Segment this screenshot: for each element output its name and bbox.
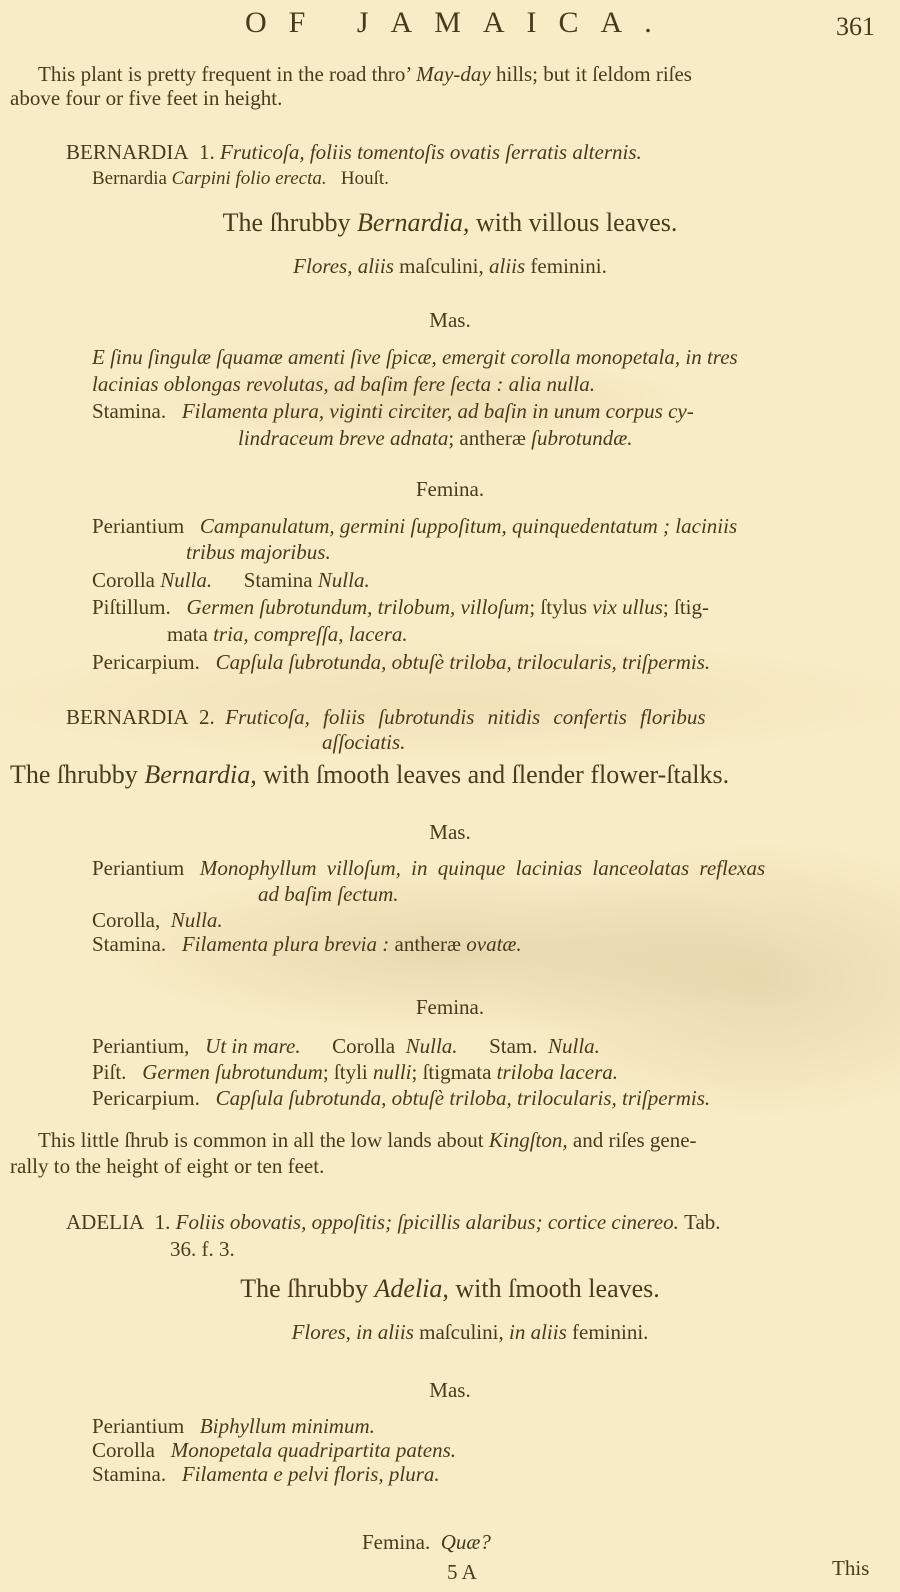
text: with ſmooth leaves and ſlender flower-ſt… [257,760,729,789]
text: and riſes gene- [568,1128,697,1152]
label: Stam. [489,1034,537,1058]
bernardia1-mas-heading: Mas. [0,308,900,333]
text: Bernardia [92,168,172,189]
label: Stamina [244,568,313,592]
label: Piſtillum. [92,595,171,619]
bernardia1-stamina-cont: lindraceum breve adnata; antheræ ſubrotu… [238,426,632,451]
adelia1-stamina: Stamina. Filamenta e pelvi floris, plura… [92,1462,440,1487]
bernardia1-flores: Flores, aliis maſculini, aliis feminini. [0,254,900,279]
label: Stamina. [92,1462,166,1486]
bernardia2-pericarpium: Pericarpium. Capſula ſubrotunda, obtuſè … [92,1086,710,1111]
text: tria, compreſſa, lacera. [213,622,408,646]
bernardia2-entry: BERNARDIA 2. Fruticoſa, foliis ſubrotund… [66,705,706,730]
label: Corolla [332,1034,395,1058]
text: Bernardia, [357,208,469,237]
bernardia1-entry: BERNARDIA 1. Fruticoſa, foliis tomentoſi… [66,140,642,165]
bernardia1-perianthium-cont: tribus majoribus. [186,540,331,565]
text: Filamenta plura brevia : [182,932,389,956]
text: Bernardia, [144,760,256,789]
adelia1-flores: Flores, in aliis maſculini, in aliis fem… [20,1320,900,1345]
bernardia2-note-line-1: This little ſhrub is common in all the l… [38,1128,697,1153]
value: Filamenta plura, viginti circiter, ad ba… [182,399,694,423]
plate-ref: Tab. [684,1210,720,1234]
catchword: This [832,1556,869,1581]
species-number: 1. [155,1210,171,1234]
text: The ſhrubby [10,760,144,789]
bernardia1-mas-line-1: E ſinu ſingulæ ſquamæ amenti ſive ſpicæ,… [92,345,738,370]
text: This plant is pretty frequent in the roa… [38,62,416,86]
text: ; ſtigmata [412,1060,497,1084]
genus-name: ADELIA [66,1210,144,1234]
text: triloba lacera. [497,1060,618,1084]
genus-name: BERNARDIA [66,140,189,164]
text: maſculini, [414,1320,509,1344]
text: Flores, in aliis [292,1320,414,1344]
label: Corolla, [92,908,160,932]
bernardia2-pist: Piſt. Germen ſubrotundum; ſtyli nulli; ſ… [92,1060,618,1085]
text: The ſhrubby [223,208,357,237]
bernardia1-pistillum: Piſtillum. Germen ſubrotundum, trilobum,… [92,595,709,620]
text: antheræ [389,932,466,956]
text: feminini. [567,1320,649,1344]
text: lindraceum breve adnata [238,426,448,450]
scanned-page: OF JAMAICA. 361 This plant is pretty fre… [0,0,900,1592]
value: Ut in mare. [205,1034,300,1058]
text: vix ullus [592,595,663,619]
text: ; ſtyli [323,1060,373,1084]
value: Nulla. [160,568,212,592]
bernardia2-corolla: Corolla, Nulla. [92,908,223,933]
value: Nulla. [548,1034,600,1058]
value: Biphyllum minimum. [200,1414,375,1438]
text: Germen ſubrotundum, trilobum, villoſum [187,595,530,619]
label: Stamina. [92,932,166,956]
value: Nulla. [318,568,370,592]
bernardia2-stamina: Stamina. Filamenta plura brevia : anther… [92,932,522,957]
text: maſculini, [394,254,489,278]
bernardia2-perianthium-cont: ad baſim ſectum. [258,882,399,907]
value: Monopetala quadripartita patens. [171,1438,456,1462]
bernardia2-diagnosis-cont: aſſociatis. [322,730,405,755]
label: Periantium [92,1414,184,1438]
bernardia1-synonym: Bernardia Carpini folio erecta. Houſt. [92,166,389,191]
bernardia1-pistillum-cont: mata tria, compreſſa, lacera. [167,622,408,647]
label: Pericarpium. [92,650,200,674]
bernardia2-fem-line-1: Periantium, Ut in mare. Corolla Nulla. S… [92,1034,600,1059]
adelia1-tab-ref: 36. f. 3. [170,1237,235,1262]
value: Monophyllum villoſum, in quinque lacinia… [200,856,765,880]
intro-line-1: This plant is pretty frequent in the roa… [38,62,692,87]
intro-line-2: above four or five feet in height. [10,86,282,111]
bernardia1-perianthium: Periantium Campanulatum, germini ſuppoſi… [92,514,737,539]
text: ovatæ. [466,932,521,956]
bernardia2-mas-heading: Mas. [0,820,900,845]
text: in aliis [509,1320,567,1344]
value: Capſula ſubrotunda, obtuſè triloba, tril… [216,650,711,674]
place-name: Kingſton, [489,1128,568,1152]
label: Stamina. [92,399,166,423]
page-number: 361 [836,12,875,42]
label: Corolla [92,1438,155,1462]
diagnosis: Fruticoſa, foliis tomentoſis ovatis ſerr… [220,140,642,164]
text: mata [167,622,213,646]
adelia1-common-name: The ſhrubby Adelia, with ſmooth leaves. [0,1274,900,1304]
value: Quæ? [441,1530,491,1554]
bernardia1-pericarpium: Pericarpium. Capſula ſubrotunda, obtuſè … [92,650,710,675]
text: ; ſtig- [663,595,709,619]
author: Houſt. [341,168,389,189]
text: aliis [489,254,525,278]
text: hills; but it ſeldom riſes [491,62,692,86]
text: Germen ſubrotundum [142,1060,323,1084]
text: ſubrotundæ. [531,426,632,450]
bernardia1-mas-line-2: lacinias oblongas revolutas, ad baſim fe… [92,372,595,397]
species-number: 2. [199,705,215,729]
text: with villous leaves. [469,208,677,237]
label: Periantium [92,514,184,538]
text: ; ſtylus [529,595,592,619]
text: ; antheræ [448,426,531,450]
adelia1-entry: ADELIA 1. Foliis obovatis, oppoſitis; ſp… [66,1210,721,1235]
adelia1-perianthium: Periantium Biphyllum minimum. [92,1414,375,1439]
bernardia2-note-line-2: rally to the height of eight or ten feet… [10,1154,324,1179]
text: This little ſhrub is common in all the l… [38,1128,489,1152]
label: Piſt. [92,1060,126,1084]
text: Adelia, [375,1274,449,1303]
species-number: 1. [199,140,215,164]
text: feminini. [525,254,607,278]
bernardia1-stamina: Stamina. Filamenta plura, viginti circit… [92,399,694,424]
label: Periantium [92,856,184,880]
text: Flores, aliis [293,254,394,278]
label: Corolla [92,568,155,592]
value: Filamenta e pelvi floris, plura. [182,1462,440,1486]
genus-name: BERNARDIA [66,705,189,729]
adelia1-femina: Femina. Quæ? [362,1530,491,1555]
diagnosis: Foliis obovatis, oppoſitis; ſpicillis al… [176,1210,679,1234]
value: Nulla. [406,1034,458,1058]
bernardia1-corolla-stamina: Corolla Nulla. Stamina Nulla. [92,568,370,593]
bernardia1-common-name: The ſhrubby Bernardia, with villous leav… [0,208,900,238]
adelia1-mas-heading: Mas. [0,1378,900,1403]
adelia1-corolla: Corolla Monopetala quadripartita patens. [92,1438,456,1463]
value: Nulla. [171,908,223,932]
diagnosis: Fruticoſa, foliis ſubrotundis nitidis co… [225,705,705,729]
text: with ſmooth leaves. [449,1274,660,1303]
bernardia2-femina-heading: Femina. [0,995,900,1020]
bernardia2-common-name: The ſhrubby Bernardia, with ſmooth leave… [10,760,729,790]
bernardia1-femina-heading: Femina. [0,477,900,502]
label: Pericarpium. [92,1086,200,1110]
text: The ſhrubby [240,1274,374,1303]
bernardia2-perianthium: Periantium Monophyllum villoſum, in quin… [92,856,765,881]
value: Capſula ſubrotunda, obtuſè triloba, tril… [216,1086,711,1110]
value: Campanulatum, germini ſuppoſitum, quinqu… [200,514,737,538]
signature-mark: 5 A [447,1560,477,1585]
text: Carpini folio erecta. [172,168,327,189]
label: Femina. [362,1530,430,1554]
label: Periantium, [92,1034,189,1058]
text: nulli [373,1060,412,1084]
place-name: May-day [416,62,491,86]
running-head: OF JAMAICA. [245,6,674,40]
